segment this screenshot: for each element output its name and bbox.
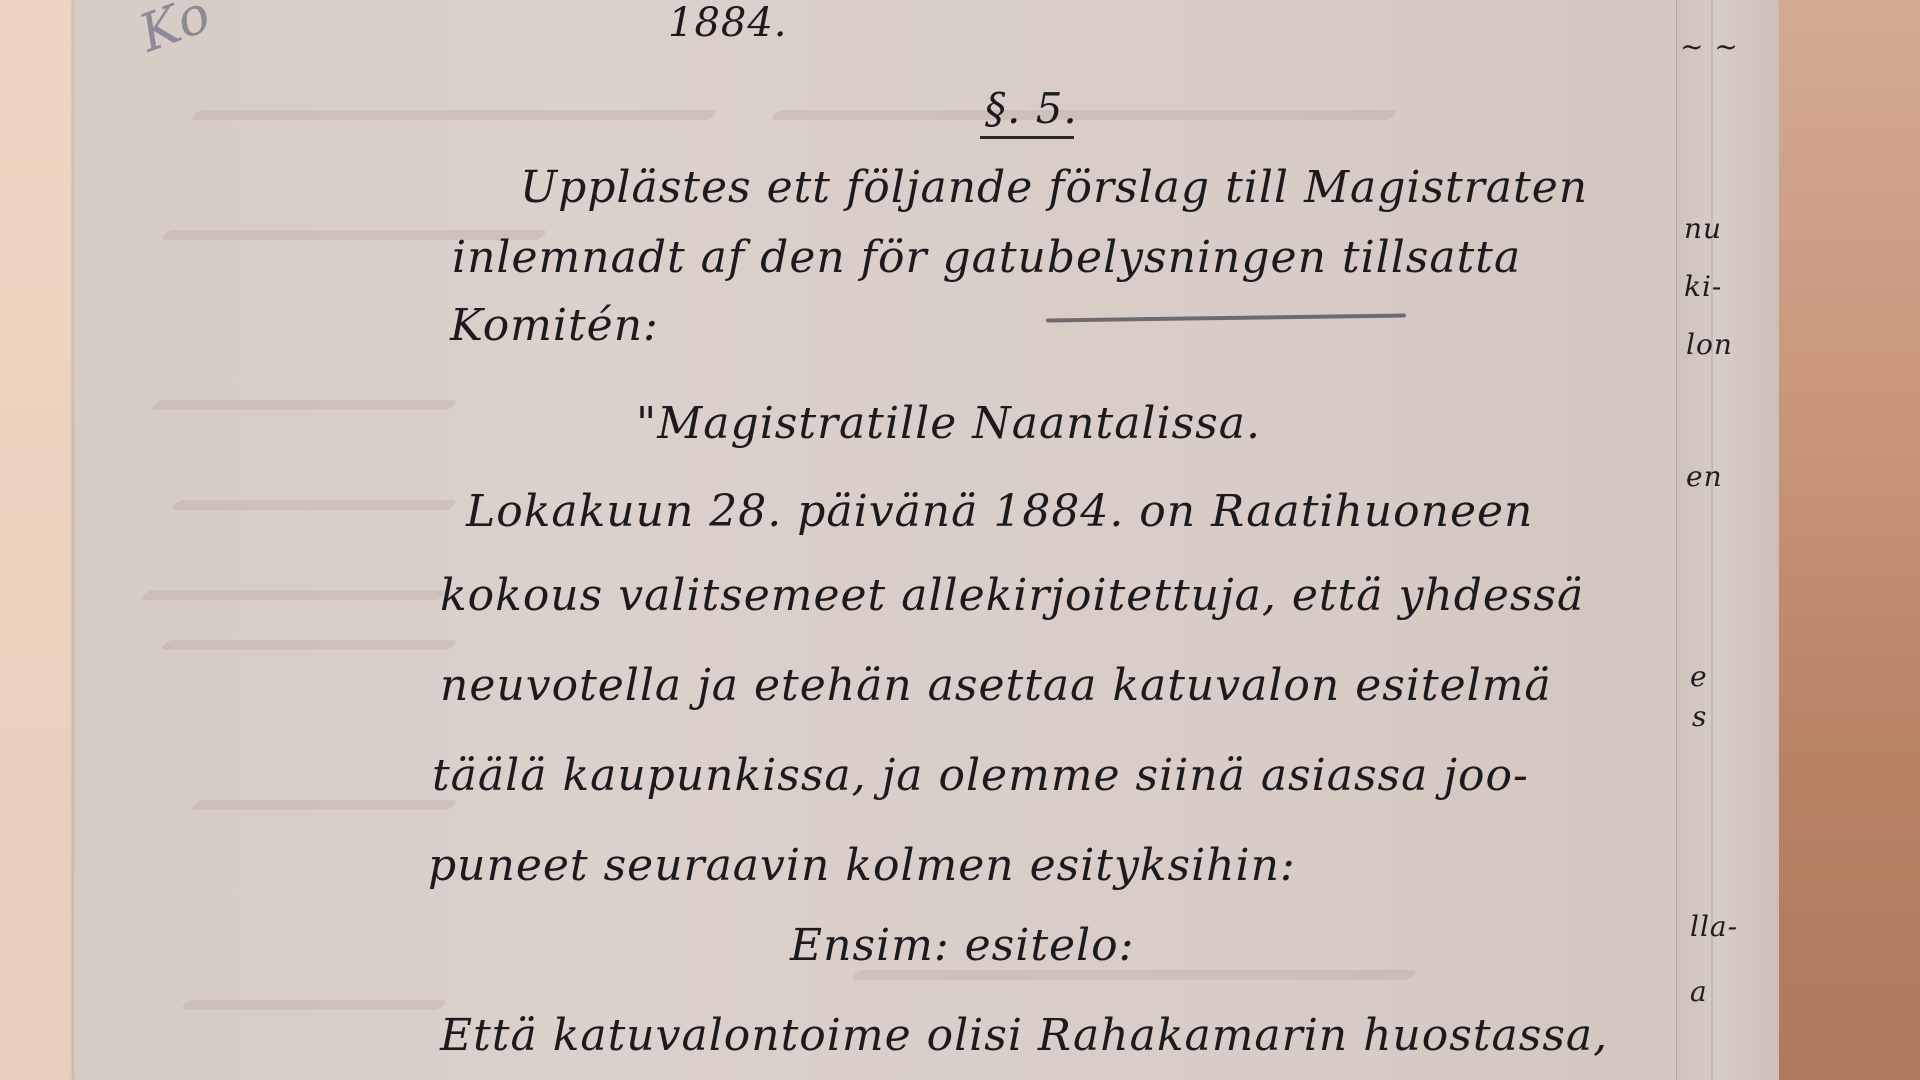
- year-header: 1884.: [668, 0, 788, 46]
- subheading-ensim-esitelo: Ensim: esitelo:: [790, 920, 1134, 971]
- section-heading: §. 5.: [985, 84, 1078, 133]
- section-underline: [980, 136, 1074, 139]
- bleed-through-line: [170, 500, 458, 510]
- last-visible-line: Että katuvalontoime olisi Rahakamarin hu…: [440, 1010, 1608, 1061]
- desk-left-strip: [0, 0, 80, 1080]
- margin-fragment: ki-: [1684, 270, 1722, 303]
- bleed-through-line: [770, 110, 1398, 120]
- swedish-intro-line-1: Upplästes ett följande förslag till Magi…: [520, 162, 1588, 213]
- bleed-through-line: [140, 590, 448, 600]
- bleed-through-line: [180, 1000, 448, 1010]
- finnish-body-line-1: Lokakuun 28. päivänä 1884. on Raatihuone…: [466, 486, 1533, 537]
- margin-fragment: a: [1690, 975, 1708, 1008]
- bleed-through-line: [190, 800, 458, 810]
- margin-fragment: s: [1692, 700, 1707, 733]
- bleed-through-line: [160, 640, 458, 650]
- margin-fragment: lon: [1686, 328, 1733, 361]
- finnish-body-line-5: puneet seuraavin kolmen esityksihin:: [428, 840, 1296, 891]
- swedish-intro-line-3: Komitén:: [450, 300, 659, 351]
- bleed-through-line: [190, 110, 718, 120]
- finnish-body-line-4: täälä kaupunkissa, ja olemme siinä asias…: [432, 750, 1529, 801]
- margin-fragment: e: [1690, 660, 1708, 693]
- bleed-through-line: [850, 970, 1418, 980]
- desk-right-strip: [1775, 0, 1920, 1080]
- finnish-body-line-3: neuvotella ja etehän asettaa katuvalon e…: [440, 660, 1552, 711]
- margin-fragment: lla-: [1690, 910, 1738, 943]
- margin-fragment: nu: [1684, 212, 1722, 245]
- address-line: "Magistratille Naantalissa.: [636, 398, 1261, 449]
- bleed-through-line: [150, 400, 458, 410]
- finnish-body-line-2: kokous valitsemeet allekirjoitettuja, et…: [440, 570, 1584, 621]
- margin-fragment: ~ ~: [1680, 30, 1739, 63]
- margin-fragment: en: [1686, 460, 1723, 493]
- swedish-intro-line-2: inlemnadt af den för gatubelysningen til…: [452, 232, 1521, 283]
